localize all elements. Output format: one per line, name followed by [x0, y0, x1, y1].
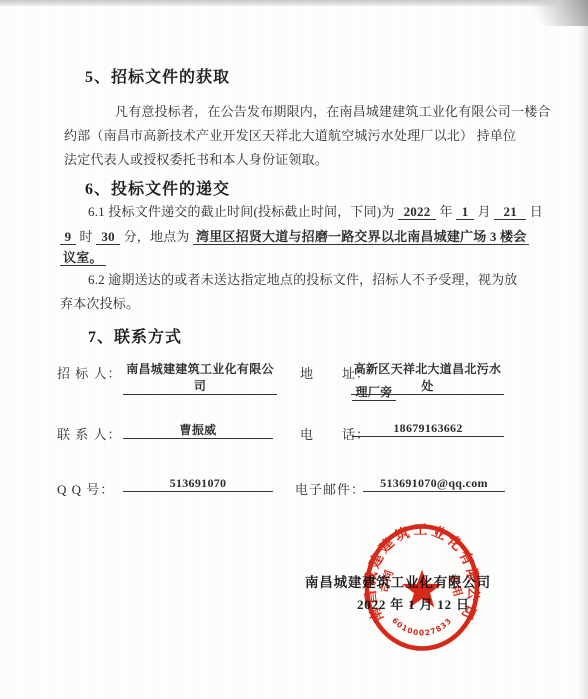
location-blank-line1: 湾里区招贤大道与招磨一路交界以北南昌城建广场 3 楼会	[193, 229, 529, 245]
company-seal: 南昌城建建筑工业化有限公司 合同 专用 3601000278330	[362, 521, 482, 654]
deadline-year-unit: 年	[439, 204, 452, 219]
seal-right-text: 专用	[445, 572, 466, 599]
section6-deadline-line: 6.1 投标文件递交的截止时间(投标截止时间，下同)为 2022 年 1 月 2…	[88, 201, 543, 220]
qq-label: Q Q 号：	[57, 479, 114, 498]
scan-edge-top	[0, 0, 588, 6]
section6-location-wrap-line: 议室。	[60, 250, 106, 266]
section5-line3: 法定代表人或授权委托书和本人身份证领取。	[64, 149, 328, 168]
deadline-hour-unit: 时	[79, 229, 92, 244]
section6-time-location-line: 9 时 30 分，地点为 湾里区招贤大道与招磨一路交界以北南昌城建广场 3 楼会	[60, 226, 529, 245]
deadline-prefix: 6.1 投标文件递交的截止时间(投标截止时间，下同)为	[88, 204, 395, 219]
deadline-minute-unit: 分，地点为	[124, 229, 190, 244]
email-label: 电子邮件：	[295, 479, 365, 498]
deadline-day-unit: 日	[530, 204, 543, 219]
deadline-hour-blank: 9	[60, 229, 76, 245]
deadline-day-blank: 21	[494, 204, 526, 220]
deadline-minute-blank: 30	[96, 229, 120, 245]
phone-value: 18679163662	[352, 421, 504, 437]
tenderer-name-value: 南昌城建建筑工业化有限公司	[123, 360, 277, 395]
scan-corner-smudge	[516, 0, 588, 26]
contact-person-value: 曹振威	[123, 421, 273, 439]
email-value: 513691070@qq.com	[363, 476, 505, 492]
section5-line1: 凡有意投标者，在公告发布期限内，在南昌城建建筑工业化有限公司一楼合	[115, 101, 551, 120]
qq-value: 513691070	[123, 476, 273, 492]
tenderer-label: 招 标 人：	[57, 363, 122, 382]
seal-star-icon	[402, 570, 442, 608]
scan-edge-right	[577, 0, 588, 699]
section5-heading: 5、招标文件的获取	[85, 64, 230, 87]
section6-late-delivery-line1: 6.2 逾期送达的或者未送达指定地点的投标文件，招标人不予受理，视为放	[88, 269, 518, 288]
deadline-year-blank: 2022	[398, 204, 436, 220]
deadline-month-unit: 月	[478, 204, 491, 219]
section6-late-delivery-line2: 弃本次投标。	[60, 293, 139, 312]
contact-person-label: 联 系 人：	[57, 424, 122, 443]
address-value-line2: 理厂旁	[352, 383, 396, 401]
location-blank-line2: 议室。	[60, 250, 106, 266]
deadline-month-blank: 1	[456, 204, 474, 220]
scanned-tender-document-page: 5、招标文件的获取 凡有意投标者，在公告发布期限内，在南昌城建建筑工业化有限公司…	[0, 0, 588, 699]
section7-heading: 7、联系方式	[88, 324, 182, 347]
section5-line2: 约部（南昌市高新技术产业开发区天祥北大道航空城污水处理厂以北） 持单位	[64, 125, 516, 144]
section6-heading: 6、投标文件的递交	[85, 176, 230, 199]
